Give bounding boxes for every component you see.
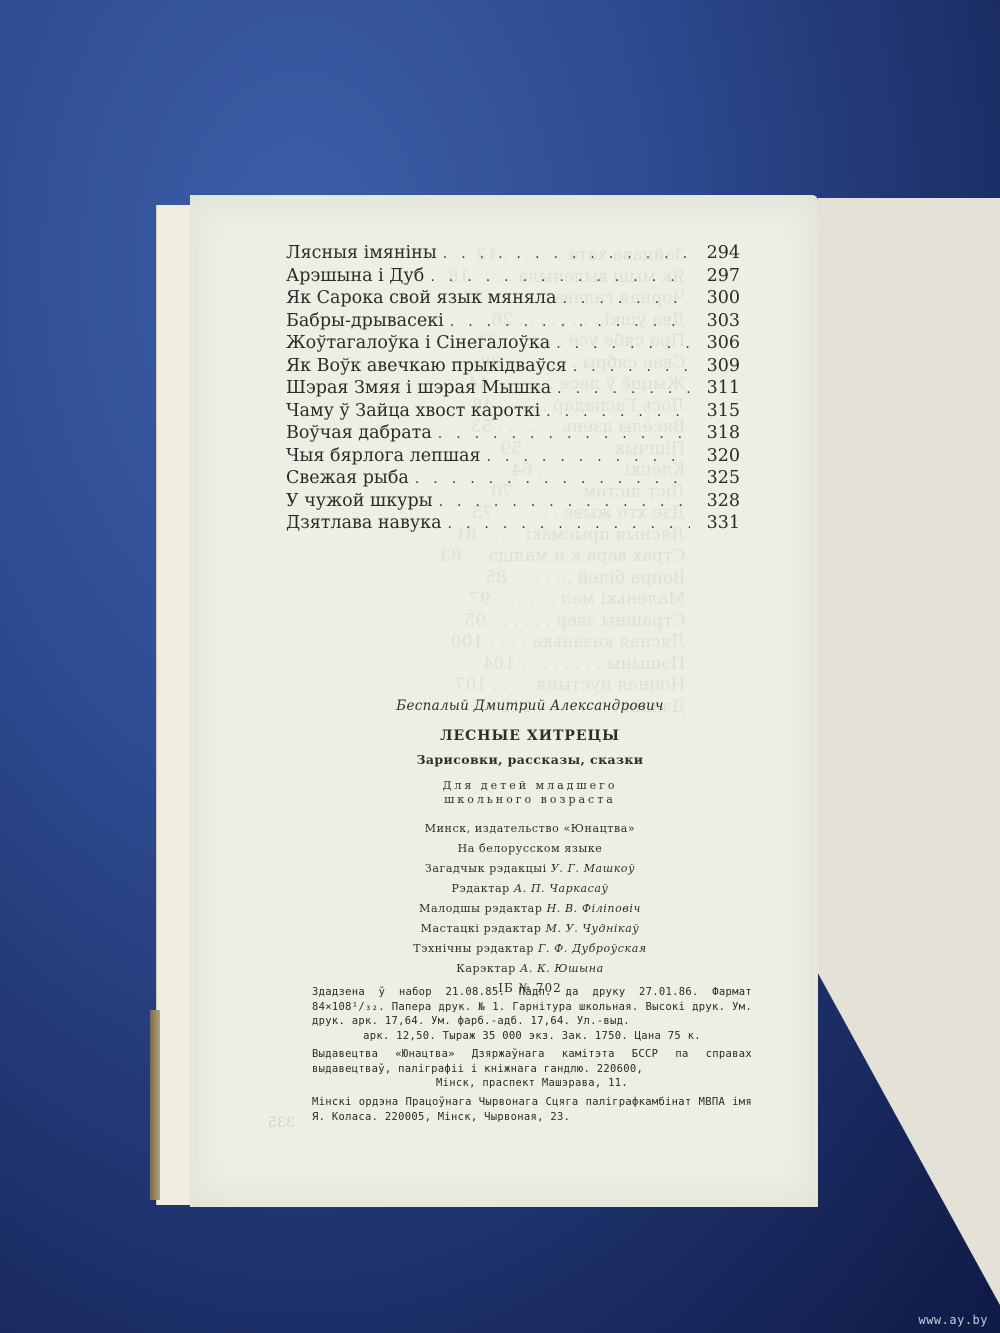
toc-entry-page: 309 [696, 356, 740, 378]
toc-entry-title: Бабры-дрывасекі [286, 311, 444, 333]
toc-entry-page: 311 [696, 378, 740, 400]
credit-role: Карэктар [456, 962, 516, 975]
printer-info: Мінскі ордэна Працоўнага Чырвонага Сцяга… [312, 1095, 752, 1124]
toc-entry: Лясныя імяніны..........................… [286, 243, 740, 266]
leader-dots: .............................. [450, 312, 690, 334]
toc-entry-page: 331 [696, 513, 740, 535]
toc-entry-title: Воўчая дабрата [286, 423, 432, 445]
credit-role: Мастацкі рэдактар [421, 922, 542, 935]
toc-entry: Чаму ў Зайца хвост кароткі..............… [286, 401, 740, 424]
toc-entry-title: Шэрая Змяя і шэрая Мышка [286, 378, 551, 400]
credit-name: У. Г. Машкоў [551, 862, 635, 875]
faded-page-number: 335 [268, 1115, 295, 1131]
credit-line: Мастацкі рэдактар М. У. Чуднікаў [310, 919, 750, 939]
leader-dots: .............................. [430, 267, 690, 289]
toc-entry-title: Жоўтагалоўка і Сінегалоўка [286, 333, 550, 355]
toc-entry-title: Як Сарока свой язык мяняла [286, 288, 556, 310]
credit-role: Рэдактар [451, 882, 509, 895]
spine-edge [150, 1010, 160, 1200]
toc-entry-title: Як Воўк авечкаю прыкідваўся [286, 356, 567, 378]
toc-entry: Свежая рыба.............................… [286, 468, 740, 491]
book-subtitle: Зарисовки, рассказы, сказки [310, 752, 750, 767]
leader-dots: .............................. [443, 244, 690, 266]
toc-entry: Як Сарока свой язык мяняла..............… [286, 288, 740, 311]
credit-line: Тэхнічны рэдактар Г. Ф. Дуброўская [310, 939, 750, 959]
publisher-address: Выдавецтва «Юнацтва» Дзяржаўнага камітэт… [312, 1047, 752, 1091]
credit-name: А. П. Чаркасаў [514, 882, 609, 895]
print-details-last-line: арк. 12,50. Тыраж 35 000 экз. Зак. 1750.… [312, 1029, 752, 1044]
toc-entry-title: Дзятлава навука [286, 513, 442, 535]
credit-role: Малодшы рэдактар [419, 902, 542, 915]
toc-entry-page: 318 [696, 423, 740, 445]
toc-entry-page: 303 [696, 311, 740, 333]
toc-entry: Воўчая дабрата..........................… [286, 423, 740, 446]
toc-entry-page: 294 [696, 243, 740, 265]
leader-dots: .............................. [556, 334, 690, 356]
toc-entry-page: 320 [696, 446, 740, 468]
toc-entry-title: У чужой шкуры [286, 491, 433, 513]
credit-name: Н. В. Філіповіч [547, 902, 641, 915]
book-title: ЛЕСНЫЕ ХИТРЕЦЫ [310, 728, 750, 744]
toc-entry-title: Чыя бярлога лепшая [286, 446, 481, 468]
audience-line-1: Для детей младшего [310, 779, 750, 793]
toc-entry: Жоўтагалоўка і Сінегалоўка..............… [286, 333, 740, 356]
toc-entry-page: 328 [696, 491, 740, 513]
toc-entry: Дзятлава навука.........................… [286, 513, 740, 536]
toc-entry-page: 297 [696, 266, 740, 288]
toc-entry-title: Чаму ў Зайца хвост кароткі [286, 401, 540, 423]
audience-note: Для детей младшего школьного возраста [310, 779, 750, 807]
toc-entry: Шэрая Змяя і шэрая Мышка................… [286, 378, 740, 401]
credit-line: Загадчык рэдакцыі У. Г. Машкоў [310, 859, 750, 879]
leader-dots: .............................. [557, 379, 690, 401]
toc-entry: У чужой шкуры...........................… [286, 491, 740, 514]
print-details: Здадзена ў набор 21.08.85. Падп. да друк… [312, 985, 752, 1043]
colophon: Беспалый Дмитрий Александрович ЛЕСНЫЕ ХИ… [310, 698, 750, 995]
toc-entry-page: 325 [696, 468, 740, 490]
toc-entry-title: Лясныя імяніны [286, 243, 437, 265]
publisher-line: Минск, издательство «Юнацтва» [310, 819, 750, 839]
toc-entry-title: Свежая рыба [286, 468, 409, 490]
leader-dots: .............................. [487, 447, 690, 469]
leader-dots: .............................. [562, 289, 690, 311]
printer-info-text: Мінскі ордэна Працоўнага Чырвонага Сцяга… [312, 1096, 752, 1123]
toc-entry: Чыя бярлога лепшая......................… [286, 446, 740, 469]
credit-line: Карэктар А. К. Юшына [310, 959, 750, 979]
leader-dots: .............................. [439, 492, 690, 514]
leader-dots: .............................. [546, 402, 690, 424]
credit-name: М. У. Чуднікаў [546, 922, 640, 935]
leader-dots: .............................. [415, 469, 690, 491]
toc-entry-page: 306 [696, 333, 740, 355]
toc-entry-page: 315 [696, 401, 740, 423]
credit-line: Рэдактар А. П. Чаркасаў [310, 879, 750, 899]
author-name: Беспалый Дмитрий Александрович [310, 698, 750, 714]
leader-dots: .............................. [448, 514, 690, 536]
publisher-address-last-line: Мінск, праспект Машэрава, 11. [312, 1076, 752, 1091]
book-cover-right [818, 198, 1000, 1333]
credit-role: Тэхнічны рэдактар [413, 942, 534, 955]
toc-entry-page: 300 [696, 288, 740, 310]
credit-name: Г. Ф. Дуброўская [538, 942, 647, 955]
publisher-address-text: Выдавецтва «Юнацтва» Дзяржаўнага камітэт… [312, 1048, 752, 1075]
watermark: www.ay.by [918, 1313, 988, 1327]
credit-name: А. К. Юшына [520, 962, 604, 975]
table-of-contents: Лясныя імяніны..........................… [286, 243, 740, 536]
toc-entry: Бабры-дрывасекі.........................… [286, 311, 740, 334]
print-details-text: Здадзена ў набор 21.08.85. Падп. да друк… [312, 986, 752, 1027]
credit-role: Загадчык рэдакцыі [425, 862, 547, 875]
toc-entry-title: Арэшына і Дуб [286, 266, 424, 288]
credit-line: Малодшы рэдактар Н. В. Філіповіч [310, 899, 750, 919]
leader-dots: .............................. [438, 424, 690, 446]
leader-dots: .............................. [573, 357, 690, 379]
language-line: На белорусском языке [310, 839, 750, 859]
book-page: Зайцава хата . . . . . . 12 Як мыш вылеч… [190, 195, 818, 1207]
toc-entry: Арэшына і Дуб...........................… [286, 266, 740, 289]
toc-entry: Як Воўк авечкаю прыкідваўся.............… [286, 356, 740, 379]
audience-line-2: школьного возраста [310, 793, 750, 807]
